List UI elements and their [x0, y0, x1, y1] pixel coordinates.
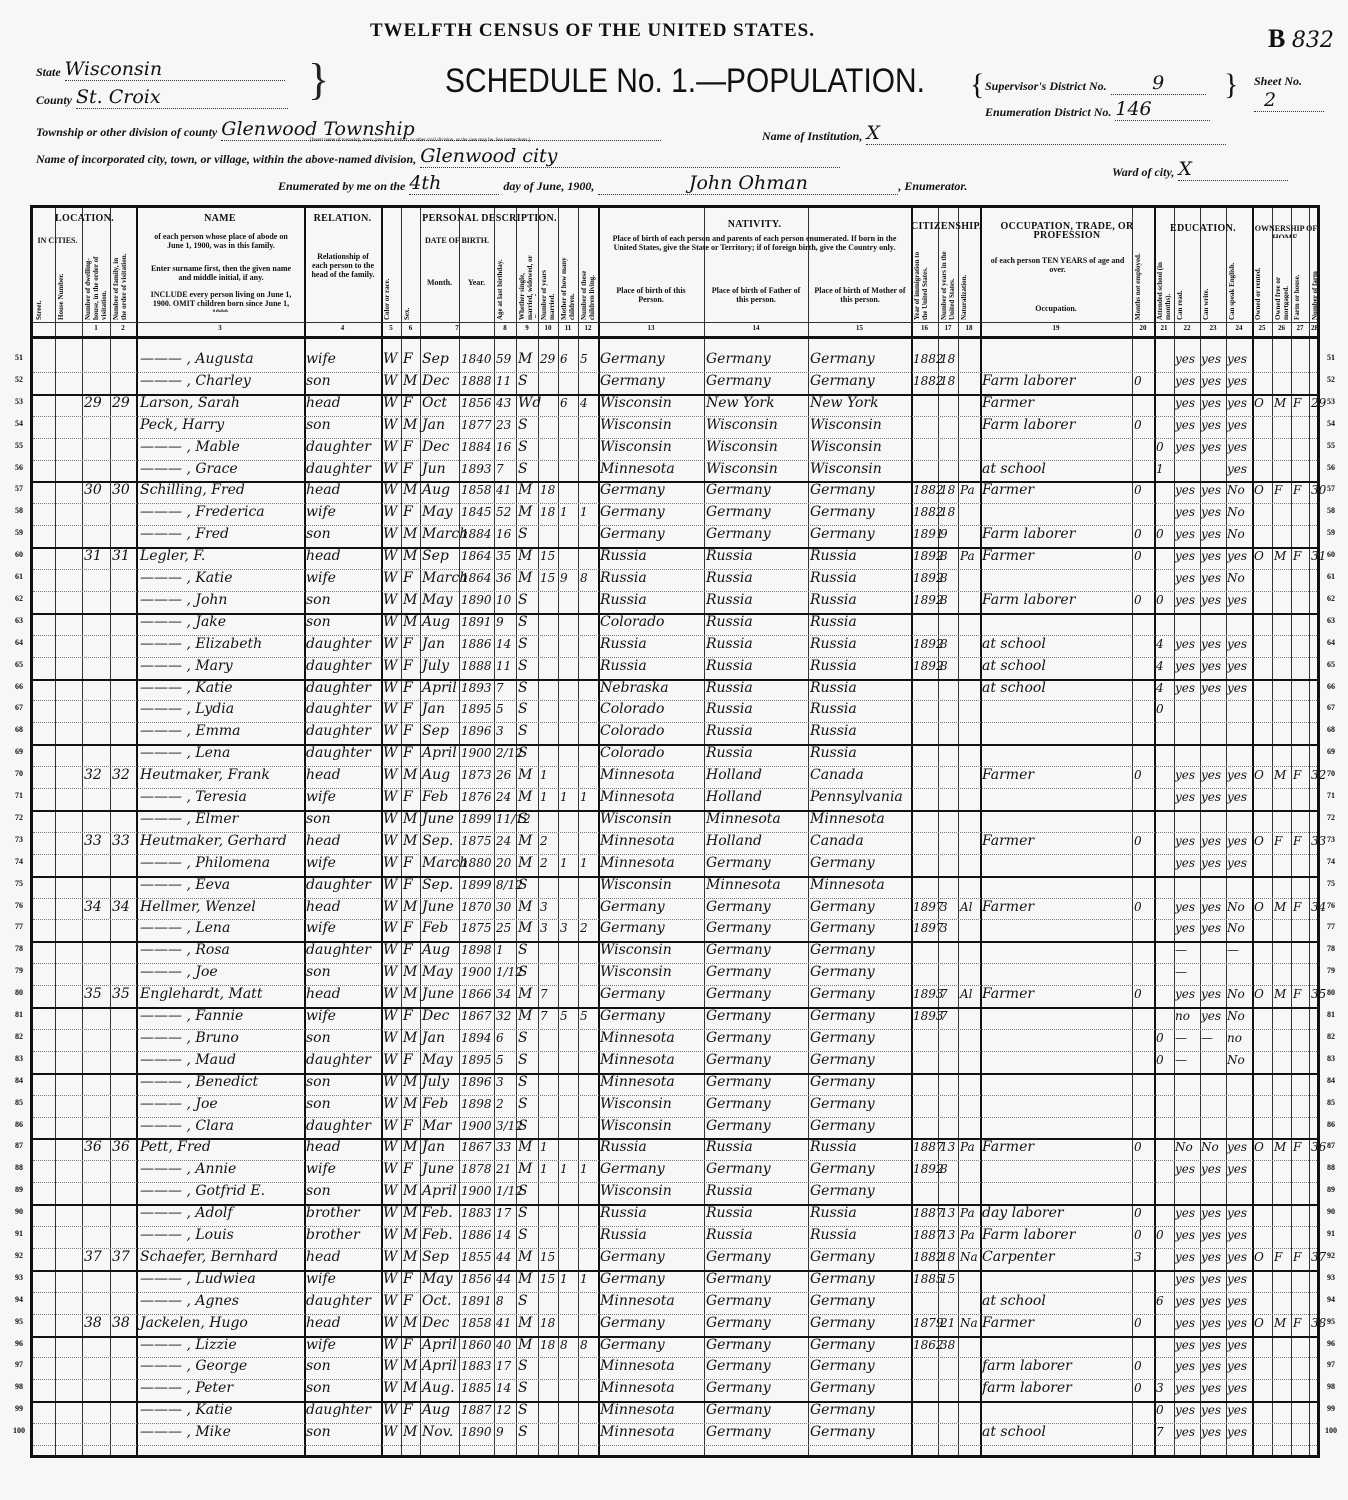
cell-ch: 8 — [580, 1334, 588, 1356]
cell-age: 24 — [496, 786, 511, 808]
cell-ym: 29 — [540, 348, 555, 370]
enumerated-prefix: Enumerated by me on the — [278, 179, 405, 193]
cell-color: W — [383, 370, 397, 392]
cell-yus: 9 — [940, 523, 948, 545]
header-citizenship: CITIZENSHIP. — [911, 222, 980, 236]
cell-month: Jan — [422, 1027, 445, 1049]
line-number: 63 — [8, 616, 30, 625]
cell-name: ——— , Elmer — [140, 808, 238, 830]
cell-mar: S — [518, 1027, 528, 1049]
cell-bm: Germany — [810, 1093, 875, 1115]
cell-month: Sep — [422, 545, 449, 567]
column-number: 23 — [1200, 324, 1226, 332]
cell-occ: Farmer — [982, 896, 1034, 918]
county-value: St. Croix — [76, 86, 288, 109]
cell-month: July — [422, 1071, 449, 1093]
cell-bf: Russia — [706, 677, 753, 699]
cell-month: May — [422, 961, 453, 983]
line-number: 54 — [1320, 419, 1342, 428]
cell-bf: Minnesota — [706, 808, 781, 830]
cell-rel: daughter — [306, 720, 371, 742]
cell-read: yes — [1175, 983, 1195, 1005]
sheet-code-hand: 832 — [1292, 28, 1334, 53]
cell-sch: 4 — [1156, 655, 1164, 677]
cell-name: ——— , Teresia — [140, 786, 247, 808]
cell-mo: 1 — [560, 1158, 568, 1180]
cell-imm: 1885 — [913, 1268, 944, 1290]
cell-color: W — [383, 698, 397, 720]
cell-occ: Farm laborer — [982, 589, 1075, 611]
enumeration-district-field: Enumeration District No. 146 — [985, 98, 1210, 121]
cell-mar: S — [518, 1290, 528, 1312]
cell-free: F — [1274, 1246, 1282, 1268]
cell-bp: Nebraska — [600, 677, 669, 699]
cell-mar: S — [518, 939, 528, 961]
cell-name: ——— , Annie — [140, 1158, 236, 1180]
cell-color: W — [383, 1005, 397, 1027]
line-number: 53 — [1320, 397, 1342, 406]
cell-eng: yes — [1227, 414, 1247, 436]
cell-sex: F — [403, 1158, 413, 1180]
cell-bm: Germany — [810, 917, 875, 939]
cell-rel: daughter — [306, 458, 371, 480]
cell-occ: at school — [982, 458, 1046, 480]
column-number: 22 — [1174, 324, 1200, 332]
cell-rel: head — [306, 764, 341, 786]
cell-rel: wife — [306, 852, 336, 874]
cell-dw: 32 — [84, 764, 102, 786]
cell-eng: yes — [1227, 545, 1247, 567]
table-row: ——— , LenadaughterWFApril19002/12SColora… — [33, 744, 1317, 766]
cell-bf: Germany — [706, 1268, 771, 1290]
cell-year: 1883 — [461, 1355, 492, 1377]
cell-rel: head — [306, 1312, 341, 1334]
cell-bf: Russia — [706, 611, 753, 633]
cell-read: yes — [1175, 786, 1195, 808]
cell-yus: 13 — [940, 1202, 955, 1224]
table-row: ——— , MauddaughterWFMay18955SMinnesotaGe… — [33, 1051, 1317, 1073]
cell-occ: at school — [982, 677, 1046, 699]
cell-imm: 1892 — [913, 655, 944, 677]
vheader-free-mortgaged: Owned free or mortgaged. — [1274, 248, 1289, 320]
cell-sex: F — [403, 786, 413, 808]
cell-sex: F — [403, 1049, 413, 1071]
cell-yus: 3 — [940, 917, 948, 939]
cell-name: Schilling, Fred — [140, 479, 245, 501]
cell-age: 10 — [496, 589, 511, 611]
city-value: Glenwood city — [420, 145, 840, 168]
cell-mar: S — [518, 720, 528, 742]
cell-month: Dec — [422, 436, 449, 458]
cell-sex: M — [403, 1224, 417, 1246]
cell-sex: M — [403, 479, 417, 501]
line-number: 88 — [1320, 1163, 1342, 1172]
cell-name: ——— , Katie — [140, 567, 233, 589]
cell-mar: S — [518, 1399, 528, 1421]
header-occupation-sub: of each person TEN YEARS of age and over… — [985, 256, 1130, 278]
cell-name: ——— , Mike — [140, 1421, 231, 1443]
cell-write: yes — [1201, 436, 1221, 458]
cell-read: yes — [1175, 677, 1195, 699]
cell-yus: 18 — [940, 479, 955, 501]
cell-rel: son — [306, 589, 331, 611]
cell-write: yes — [1201, 1158, 1221, 1180]
cell-ch: 1 — [580, 786, 588, 808]
cell-unemp: 0 — [1134, 589, 1142, 611]
sheet-code-prefix: B — [1268, 24, 1285, 53]
cell-ch: 8 — [580, 567, 588, 589]
cell-age: 1 — [496, 939, 504, 961]
header-name-note1: Enter surname first, then the given name… — [146, 264, 296, 284]
cell-unemp: 3 — [1134, 1246, 1142, 1268]
cell-year: 1887 — [461, 1399, 492, 1421]
cell-fam: 29 — [112, 392, 130, 414]
line-number: 91 — [8, 1229, 30, 1238]
cell-nat: Pa — [960, 1136, 975, 1158]
cell-rel: daughter — [306, 1049, 371, 1071]
city-label: Name of incorporated city, town, or vill… — [36, 152, 416, 166]
cell-name: ——— , Maud — [140, 1049, 236, 1071]
cell-mar: S — [518, 1093, 528, 1115]
cell-occ: at school — [982, 633, 1046, 655]
table-row: 3636Pett, FredheadWMJan186733M1RussiaRus… — [33, 1138, 1317, 1160]
cell-imm: 1882 — [913, 501, 944, 523]
vheader-can-write: Can write. — [1202, 248, 1224, 320]
cell-read: yes — [1175, 1377, 1195, 1399]
cell-sch: 4 — [1156, 633, 1164, 655]
table-row: ——— , ElizabethdaughterWFJan188614SRussi… — [33, 635, 1317, 657]
cell-rel: son — [306, 370, 331, 392]
line-number: 92 — [1320, 1251, 1342, 1260]
cell-year: 1875 — [461, 830, 492, 852]
cell-imm: 1882 — [913, 370, 944, 392]
township-note: [Insert name of township, town, precinct… — [310, 138, 530, 143]
cell-month: Aug — [422, 764, 450, 786]
cell-age: 3 — [496, 1071, 504, 1093]
cell-month: Jan — [422, 1136, 445, 1158]
cell-sex: M — [403, 1136, 417, 1158]
cell-sch: 4 — [1156, 677, 1164, 699]
cell-mar: S — [518, 1377, 528, 1399]
cell-color: W — [383, 1071, 397, 1093]
cell-month: May — [422, 1049, 453, 1071]
cell-mar: M — [518, 567, 532, 589]
cell-read: yes — [1175, 1290, 1195, 1312]
column-number: 28 — [1309, 324, 1320, 332]
cell-eng: yes — [1227, 1268, 1247, 1290]
cell-rel: daughter — [306, 742, 371, 764]
cell-bf: Russia — [706, 1224, 753, 1246]
cell-bp: Wisconsin — [600, 1093, 672, 1115]
cell-sex: F — [403, 1399, 413, 1421]
cell-yus: 8 — [940, 1158, 948, 1180]
cell-dw: 38 — [84, 1312, 102, 1334]
cell-name: ——— , Jake — [140, 611, 226, 633]
cell-mar: S — [518, 370, 528, 392]
line-number: 61 — [8, 572, 30, 581]
column-number: 17 — [938, 324, 958, 332]
table-row: 3333Heutmaker, GerhardheadWMSep.187524M2… — [33, 832, 1317, 854]
cell-color: W — [383, 896, 397, 918]
cell-year: 1898 — [461, 1093, 492, 1115]
line-number: 60 — [1320, 550, 1342, 559]
cell-occ: at school — [982, 655, 1046, 677]
cell-sch: 0 — [1156, 1224, 1164, 1246]
cell-read: No — [1175, 1136, 1193, 1158]
header-name-note2: INCLUDE every person living on June 1, 1… — [146, 290, 296, 312]
line-number: 91 — [1320, 1229, 1342, 1238]
cell-mo: 8 — [560, 1334, 568, 1356]
cell-color: W — [383, 764, 397, 786]
cell-bf: Germany — [706, 896, 771, 918]
cell-bp: Germany — [600, 1158, 665, 1180]
cell-ch: 5 — [580, 348, 588, 370]
cell-name: ——— , Katie — [140, 677, 233, 699]
cell-name: ——— , Benedict — [140, 1071, 258, 1093]
cell-bf: Germany — [706, 501, 771, 523]
cell-month: Aug — [422, 611, 450, 633]
sheet-no-label: Sheet No. — [1254, 74, 1324, 89]
cell-eng: yes — [1227, 1202, 1247, 1224]
cell-age: 5 — [496, 698, 504, 720]
cell-year: 1877 — [461, 414, 492, 436]
cell-sex: M — [403, 983, 417, 1005]
cell-bm: Germany — [810, 1049, 875, 1071]
cell-ym: 7 — [540, 1005, 548, 1027]
cell-bm: Russia — [810, 1136, 857, 1158]
cell-rel: daughter — [306, 1399, 371, 1421]
cell-eng: No — [1227, 567, 1245, 589]
header-relation: RELATION. — [304, 214, 381, 228]
line-number: 77 — [8, 922, 30, 931]
cell-mar: S — [518, 633, 528, 655]
column-number: 14 — [704, 324, 808, 332]
cell-write: yes — [1201, 1268, 1221, 1290]
cell-age: 6 — [496, 1027, 504, 1049]
line-number: 71 — [1320, 791, 1342, 800]
cell-occ: at school — [982, 1421, 1046, 1443]
cell-year: 1884 — [461, 436, 492, 458]
cell-eng: yes — [1227, 348, 1247, 370]
cell-ch: 1 — [580, 1158, 588, 1180]
cell-imm: 1892 — [913, 545, 944, 567]
table-row: ——— , FredericawifeWFMay184552M1811Germa… — [33, 503, 1317, 525]
brace-icon: } — [308, 58, 329, 102]
cell-read: yes — [1175, 852, 1195, 874]
line-number: 54 — [8, 419, 30, 428]
cell-unemp: 0 — [1134, 523, 1142, 545]
line-number: 68 — [1320, 725, 1342, 734]
cell-read: — — [1175, 961, 1187, 983]
line-number: 95 — [8, 1317, 30, 1326]
table-row: ——— , MarydaughterWFJuly188811SRussiaRus… — [33, 657, 1317, 679]
cell-name: ——— , Augusta — [140, 348, 254, 370]
line-number: 85 — [1320, 1098, 1342, 1107]
cell-mar: S — [518, 742, 528, 764]
cell-year: 1895 — [461, 1049, 492, 1071]
cell-bm: Germany — [810, 1421, 875, 1443]
cell-ch: 5 — [580, 1005, 588, 1027]
cell-write: yes — [1201, 370, 1221, 392]
cell-age: 7 — [496, 677, 504, 699]
cell-year: 1845 — [461, 501, 492, 523]
cell-bp: Wisconsin — [600, 392, 672, 414]
cell-bm: Germany — [810, 1268, 875, 1290]
line-number: 74 — [8, 857, 30, 866]
cell-fam: 35 — [112, 983, 130, 1005]
cell-sex: F — [403, 501, 413, 523]
cell-name: ——— , Lizzie — [140, 1334, 237, 1356]
line-number: 98 — [1320, 1382, 1342, 1391]
cell-write: yes — [1201, 567, 1221, 589]
cell-rel: daughter — [306, 1290, 371, 1312]
line-number: 87 — [1320, 1141, 1342, 1150]
cell-read: yes — [1175, 764, 1195, 786]
line-number: 63 — [1320, 616, 1342, 625]
cell-bf: Germany — [706, 1377, 771, 1399]
cell-age: 12 — [496, 1399, 511, 1421]
row-rule — [33, 1445, 1317, 1446]
cell-unemp: 0 — [1134, 1355, 1142, 1377]
cell-write: yes — [1201, 1421, 1221, 1443]
line-number: 84 — [8, 1076, 30, 1085]
cell-own: O — [1254, 545, 1264, 567]
cell-bp: Wisconsin — [600, 874, 672, 896]
table-row: 3131Legler, F.headWMSep186435M15RussiaRu… — [33, 547, 1317, 569]
cell-year: 1896 — [461, 720, 492, 742]
institution-label: Name of Institution, — [762, 129, 862, 143]
cell-own: O — [1254, 479, 1264, 501]
cell-age: 5 — [496, 1049, 504, 1071]
cell-read: yes — [1175, 1355, 1195, 1377]
cell-color: W — [383, 633, 397, 655]
line-number: 51 — [8, 353, 30, 362]
line-number: 98 — [8, 1382, 30, 1391]
cell-rel: wife — [306, 1005, 336, 1027]
cell-mar: M — [518, 1312, 532, 1334]
cell-mar: S — [518, 1202, 528, 1224]
cell-mar: S — [518, 1224, 528, 1246]
cell-rel: wife — [306, 786, 336, 808]
line-number: 100 — [1320, 1426, 1342, 1435]
line-number: 67 — [8, 703, 30, 712]
cell-month: May — [422, 589, 453, 611]
cell-occ: Farm laborer — [982, 523, 1075, 545]
cell-bm: Canada — [810, 830, 864, 852]
cell-rel: wife — [306, 1334, 336, 1356]
cell-unemp: 0 — [1134, 1202, 1142, 1224]
header-date-of-birth: DATE OF BIRTH. — [420, 236, 494, 254]
cell-occ: Farmer — [982, 545, 1034, 567]
enumeration-district-label: Enumeration District No. — [985, 105, 1111, 119]
cell-sex: M — [403, 1421, 417, 1443]
line-number: 94 — [1320, 1295, 1342, 1304]
cell-age: 9 — [496, 1421, 504, 1443]
cell-yus: 8 — [940, 589, 948, 611]
cell-name: ——— , Philomena — [140, 852, 270, 874]
cell-mar: M — [518, 1136, 532, 1158]
cell-bf: Holland — [706, 786, 762, 808]
cell-write: yes — [1201, 1290, 1221, 1312]
cell-eng: No — [1227, 1049, 1245, 1071]
cell-year: 1858 — [461, 1312, 492, 1334]
enumerated-suffix: day of June, 1900, — [503, 179, 594, 193]
cell-eng: yes — [1227, 1136, 1247, 1158]
cell-eng: No — [1227, 523, 1245, 545]
cell-free: M — [1274, 1312, 1286, 1334]
cell-yus: 18 — [940, 348, 955, 370]
vheader-children-living: Number of these children living. — [580, 248, 596, 320]
cell-month: May — [422, 501, 453, 523]
cell-occ: Farmer — [982, 1136, 1034, 1158]
cell-occ: farm laborer — [982, 1377, 1072, 1399]
cell-rel: head — [306, 392, 341, 414]
cell-year: 1891 — [461, 611, 492, 633]
cell-age: 9 — [496, 611, 504, 633]
cell-bm: Germany — [810, 1334, 875, 1356]
table-row: ——— , CharleysonWMDec188811SGermanyGerma… — [33, 372, 1317, 394]
cell-eng: yes — [1227, 677, 1247, 699]
cell-mar: M — [518, 1246, 532, 1268]
cell-color: W — [383, 545, 397, 567]
column-number: 9 — [516, 324, 538, 332]
cell-rel: head — [306, 830, 341, 852]
cell-age: 30 — [496, 896, 511, 918]
right-brace-icon: } — [1224, 68, 1238, 102]
cell-mar: M — [518, 786, 532, 808]
table-row: ——— , LouisbrotherWMFeb.188614SRussiaRus… — [33, 1226, 1317, 1248]
table-row: 3737Schaefer, BernhardheadWMSep185544M15… — [33, 1248, 1317, 1270]
column-number: 19 — [980, 324, 1132, 332]
line-number: 73 — [8, 835, 30, 844]
line-number: 100 — [8, 1426, 30, 1435]
cell-read: yes — [1175, 501, 1195, 523]
cell-eng: yes — [1227, 1334, 1247, 1356]
cell-rel: head — [306, 1136, 341, 1158]
cell-nat: Pa — [960, 1202, 975, 1224]
cell-bf: Germany — [706, 348, 771, 370]
column-number: 18 — [958, 324, 980, 332]
header-nativity: NATIVITY. — [598, 220, 911, 234]
cell-sex: F — [403, 633, 413, 655]
cell-eng: yes — [1227, 589, 1247, 611]
cell-sex: M — [403, 1027, 417, 1049]
cell-fam: 30 — [112, 479, 130, 501]
cell-year: 1856 — [461, 392, 492, 414]
column-number: 4 — [304, 324, 381, 332]
cell-occ: Farm laborer — [982, 414, 1075, 436]
cell-year: 1890 — [461, 589, 492, 611]
cell-bp: Russia — [600, 1136, 647, 1158]
cell-month: Feb — [422, 1093, 448, 1115]
cell-unemp: 0 — [1134, 370, 1142, 392]
cell-yus: 13 — [940, 1136, 955, 1158]
table-row: 3535Englehardt, MattheadWMJune186634M7Ge… — [33, 985, 1317, 1007]
cell-year: 1891 — [461, 1290, 492, 1312]
cell-free: M — [1274, 896, 1286, 918]
cell-eng: yes — [1227, 1399, 1247, 1421]
table-row: ——— , AdolfbrotherWMFeb.188317SRussiaRus… — [33, 1204, 1317, 1226]
cell-imm: 1892 — [913, 1158, 944, 1180]
cell-bp: Minnesota — [600, 830, 675, 852]
line-number: 58 — [8, 506, 30, 515]
line-number: 59 — [1320, 528, 1342, 537]
cell-dw: 35 — [84, 983, 102, 1005]
line-number: 65 — [1320, 660, 1342, 669]
line-number: 72 — [8, 813, 30, 822]
cell-occ: Farmer — [982, 392, 1034, 414]
cell-year: 1895 — [461, 698, 492, 720]
